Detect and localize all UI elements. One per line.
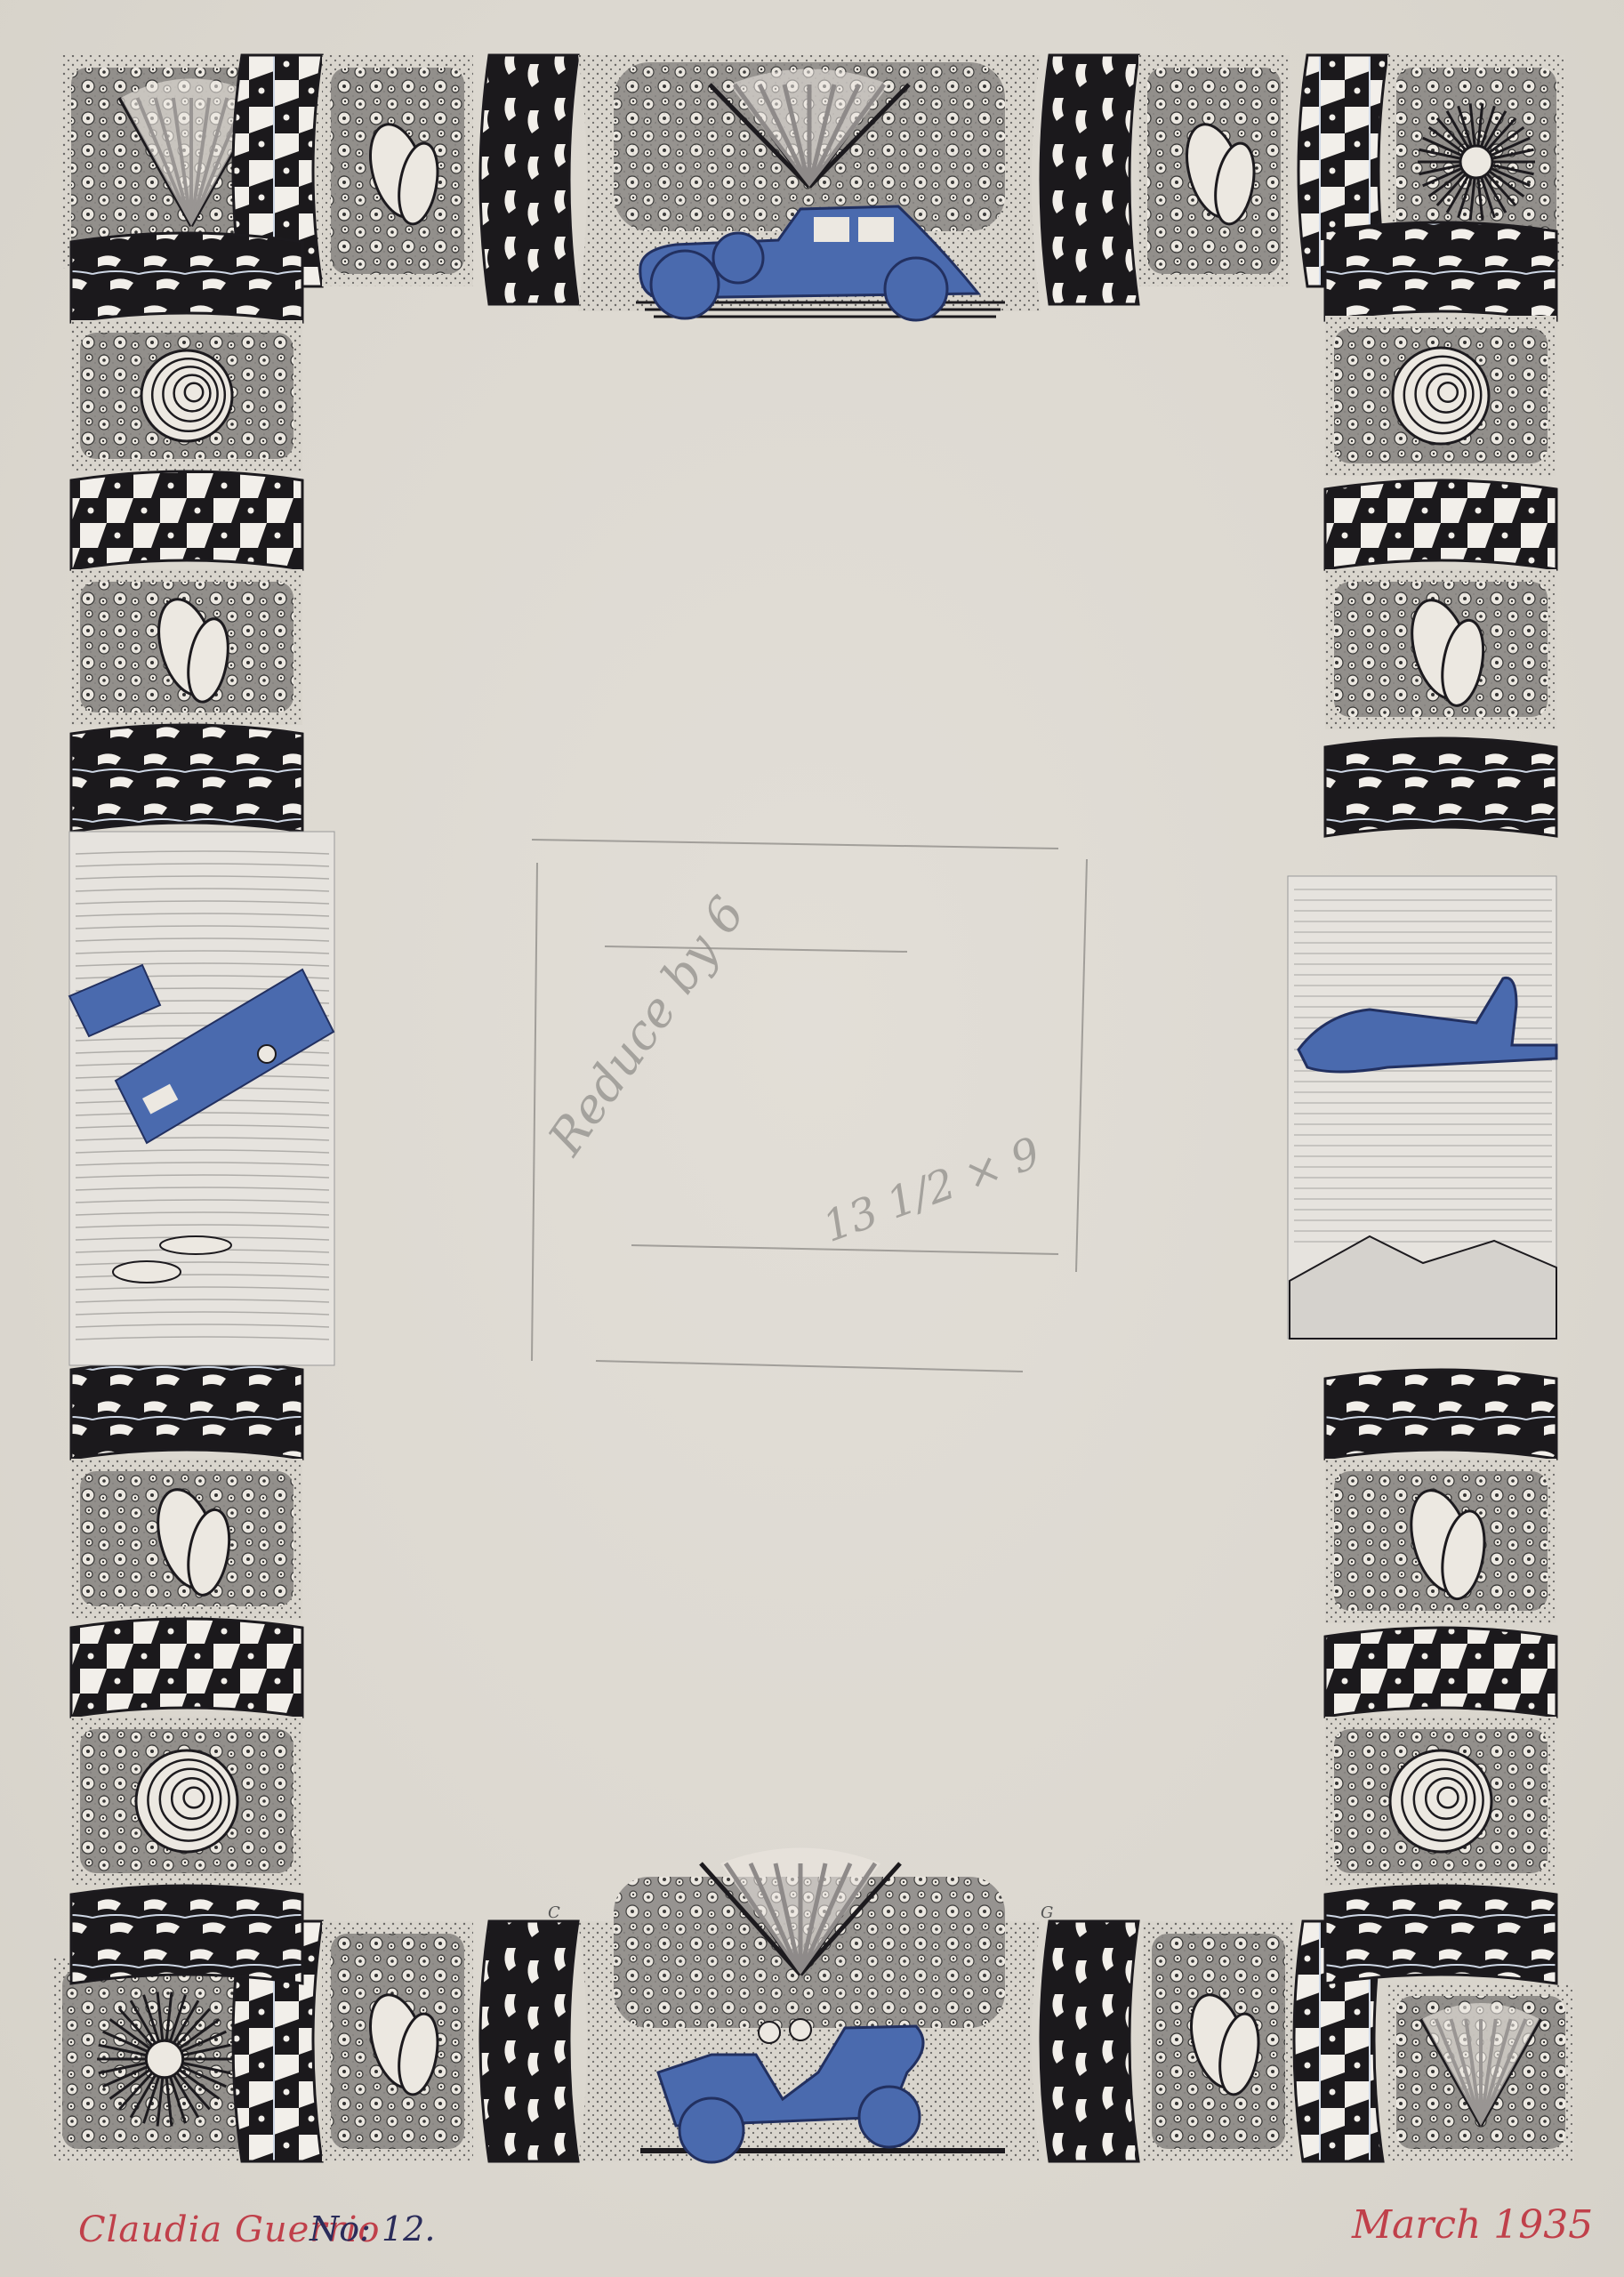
band-top-3 bbox=[1041, 55, 1138, 304]
band-top-2 bbox=[480, 55, 578, 304]
tile-right-8 bbox=[1325, 1717, 1556, 1886]
tile-bottom-right-shell bbox=[1387, 1983, 1574, 2161]
vignette-right-monoplane bbox=[1288, 876, 1556, 1339]
band-right-9 bbox=[1325, 1886, 1556, 1983]
tile-right-1 bbox=[1325, 316, 1556, 476]
band-left-9 bbox=[71, 1886, 302, 1983]
band-right-2 bbox=[1325, 480, 1556, 569]
corner-mark-g: G bbox=[1041, 1903, 1053, 1922]
tile-left-6 bbox=[71, 1459, 302, 1619]
band-left-0 bbox=[71, 233, 302, 322]
signature-date: March 1935 bbox=[1352, 2202, 1593, 2248]
edition-number: No: 12. bbox=[310, 2209, 435, 2249]
band-left-2 bbox=[71, 471, 302, 569]
band-right-0 bbox=[1325, 222, 1556, 320]
band-bottom-3 bbox=[1041, 1921, 1138, 2161]
band-right-5 bbox=[1325, 1370, 1556, 1459]
tile-right-3 bbox=[1325, 569, 1556, 729]
band-left-4 bbox=[71, 725, 302, 832]
tile-right-6 bbox=[1325, 1459, 1556, 1623]
band-left-5 bbox=[71, 1361, 302, 1459]
tile-bottom-bells-right bbox=[1143, 1921, 1294, 2161]
band-left-7 bbox=[71, 1619, 302, 1717]
band-right-7 bbox=[1325, 1628, 1556, 1717]
corner-mark-c: C bbox=[548, 1903, 560, 1922]
tile-left-1 bbox=[71, 320, 302, 471]
band-bottom-2 bbox=[480, 1921, 578, 2161]
tile-left-3 bbox=[71, 569, 302, 725]
tile-bottom-bells bbox=[322, 1921, 473, 2161]
vignette-top-car bbox=[578, 55, 1041, 320]
vignette-bottom-car bbox=[578, 1848, 1041, 2163]
tile-left-8 bbox=[71, 1717, 302, 1886]
band-right-4 bbox=[1325, 738, 1556, 836]
tile-top-bells bbox=[1138, 55, 1290, 286]
pencil-sketch-box: Reduce by 6 13 1/2 × 9 bbox=[525, 827, 1094, 1379]
tile-top-carrot bbox=[322, 55, 473, 286]
vignette-left-biplane bbox=[69, 832, 334, 1365]
